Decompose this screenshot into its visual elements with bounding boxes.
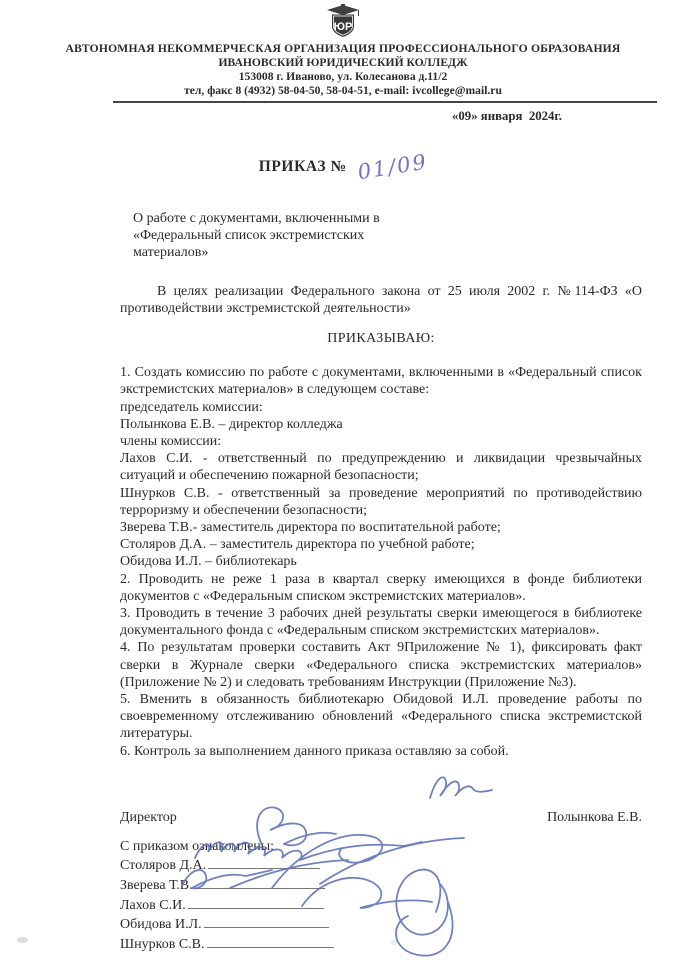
org-contacts: тел, факс 8 (4932) 58-04-50, 58-04-51, e… — [0, 84, 686, 97]
ack-name: Обидова И.Л. — [120, 917, 202, 932]
order-date: «09» января 2024г. — [0, 109, 686, 124]
ack-name: Зверева Т.В. — [120, 878, 193, 893]
subject-line: материалов» — [133, 244, 642, 261]
order-number-handwritten: 01/09 — [356, 150, 429, 185]
director-label: Директор — [120, 810, 177, 826]
order-item-2: 2. Проводить не реже 1 раза в квартал св… — [120, 571, 642, 605]
ack-heading: С приказом ознакомлены: — [120, 839, 686, 856]
college-emblem-icon: ЮР — [324, 4, 362, 40]
ack-row: Шнурков С.В. — [120, 934, 686, 954]
committee-member: Обидова И.Л. – библиотекарь — [120, 553, 642, 570]
scan-artifact — [390, 940, 398, 945]
resolution-word: ПРИКАЗЫВАЮ: — [120, 330, 642, 347]
order-items: 1. Создать комиссию по работе с документ… — [120, 364, 642, 760]
subject-line: О работе с документами, включенными в — [133, 210, 642, 227]
order-body: О работе с документами, включенными в «Ф… — [0, 210, 686, 760]
signature-line — [208, 855, 320, 869]
committee-member: Столяров Д.А. – заместитель директора по… — [120, 536, 642, 553]
ack-name: Шнурков С.В. — [120, 937, 205, 952]
org-address: 153008 г. Иваново, ул. Колесанова д.11/2 — [0, 70, 686, 83]
order-item-4: 4. По результатам проверки составить Акт… — [120, 639, 642, 691]
director-name: Полынкова Е.В. — [547, 810, 642, 826]
acknowledgment-block: С приказом ознакомлены: Столяров Д.А. Зв… — [0, 839, 686, 954]
ack-row: Лахов С.И. — [120, 895, 686, 915]
committee-member: Шнурков С.В. - ответственный за проведен… — [120, 485, 642, 519]
committee-member: Зверева Т.В.- заместитель директора по в… — [120, 519, 642, 536]
committee-member: Лахов С.И. - ответственный по предупрежд… — [120, 450, 642, 484]
signature-line — [207, 934, 334, 948]
order-title-label: ПРИКАЗ № — [259, 158, 347, 175]
signature-line — [195, 875, 325, 889]
order-item-5: 5. Вменить в обязанность библиотекарю Об… — [120, 691, 642, 743]
subject-line: «Федеральный список экстремистских — [133, 227, 642, 244]
org-name-line2: ИВАНОВСКИЙ ЮРИДИЧЕСКИЙ КОЛЛЕДЖ — [0, 56, 686, 69]
order-item-1: 1. Создать комиссию по работе с документ… — [120, 364, 642, 398]
order-item-6: 6. Контроль за выполнением данного прика… — [120, 743, 642, 760]
org-name-line1: АВТОНОМНАЯ НЕКОММЕРЧЕСКАЯ ОРГАНИЗАЦИЯ ПР… — [0, 42, 686, 55]
order-preamble: В целях реализации Федерального закона о… — [120, 283, 642, 317]
committee-chair-label: председатель комиссии: — [120, 399, 642, 416]
logo-letters: ЮР — [334, 21, 353, 33]
signature-line — [188, 895, 324, 909]
ack-name: Столяров Д.А. — [120, 858, 206, 873]
scanned-order-page: ЮР АВТОНОМНАЯ НЕКОММЕРЧЕСКАЯ ОРГАНИЗАЦИЯ… — [0, 0, 686, 970]
director-signature-ink — [430, 777, 492, 798]
ack-row: Обидова И.Л. — [120, 914, 686, 934]
college-logo: ЮР — [0, 4, 686, 40]
ack-row: Столяров Д.А. — [120, 855, 686, 875]
header-divider — [113, 101, 657, 103]
committee-members-label: члены комиссии: — [120, 433, 642, 450]
director-signature-row: Директор Полынкова Е.В. — [0, 810, 686, 826]
letterhead: ЮР АВТОНОМНАЯ НЕКОММЕРЧЕСКАЯ ОРГАНИЗАЦИЯ… — [0, 0, 686, 97]
ack-row: Зверева Т.В. — [120, 875, 686, 895]
order-subject: О работе с документами, включенными в «Ф… — [133, 210, 642, 262]
ack-name: Лахов С.И. — [120, 898, 186, 913]
order-title: ПРИКАЗ №01/09 — [0, 152, 686, 176]
scan-artifact — [17, 937, 28, 943]
signature-line — [204, 914, 329, 928]
committee-chair: Полынкова Е.В. – директор колледжа — [120, 416, 642, 433]
order-item-3: 3. Проводить в течение 3 рабочих дней ре… — [120, 605, 642, 639]
